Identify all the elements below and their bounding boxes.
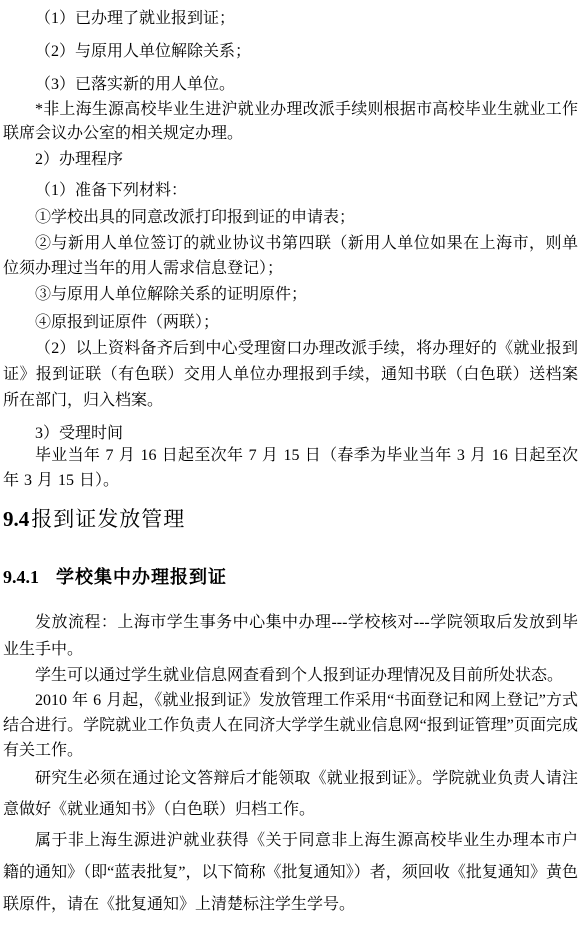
material-item-3: ③与原用人单位解除关系的证明原件；	[3, 281, 578, 309]
section-9-4-1-heading: 9.4.1学校集中办理报到证	[3, 564, 578, 590]
registration-method: 2010 年 6 月起，《就业报到证》发放管理工作采用“书面登记和网上登记”方式…	[3, 688, 578, 763]
section-title: 报到证发放管理	[31, 508, 185, 531]
status-check-info: 学生可以通过学生就业信息网查看到个人报到证办理情况及目前所处状态。	[3, 663, 578, 688]
non-shanghai-note: *非上海生源高校毕业生进沪就业办理改派手续则根据市高校毕业生就业工作联席会议办公…	[3, 98, 578, 146]
document-page: （1）已办理了就业报到证； （2）与原用人单位解除关系； （3）已落实新的用人单…	[0, 0, 581, 930]
subsection-title: 学校集中办理报到证	[56, 567, 227, 587]
material-item-4: ④原报到证原件（两联）；	[3, 309, 578, 336]
section-9-4-heading: 9.4报到证发放管理	[3, 505, 578, 534]
materials-heading: （1）准备下列材料：	[3, 177, 578, 204]
material-item-1: ①学校出具的同意改派打印报到证的申请表；	[3, 204, 578, 231]
blue-form-notice: 属于非上海生源进沪就业获得《关于同意非上海生源高校毕业生办理本市户籍的通知》（即…	[3, 825, 578, 921]
procedure-step-2: （2）以上资料备齐后到中心受理窗口办理改派手续，将办理好的《就业报到证》报到证联…	[3, 336, 578, 414]
material-item-2: ②与新用人单位签订的就业协议书第四联（新用人单位如果在上海市，则单位须办理过当年…	[3, 231, 578, 281]
acceptance-time-text: 毕业当年 7 月 16 日起至次年 7 月 15 日（春季为毕业当年 3 月 1…	[3, 443, 578, 493]
section-number: 9.4	[3, 507, 29, 531]
graduate-requirement: 研究生必须在通过论文答辩后才能领取《就业报到证》。学院就业负责人请注意做好《就业…	[3, 763, 578, 825]
distribution-process: 发放流程：上海市学生事务中心集中办理---学校核对---学院领取后发放到毕业生手…	[3, 609, 578, 663]
subsection-number: 9.4.1	[3, 567, 39, 587]
condition-item-2: （2）与原用人单位解除关系；	[3, 35, 578, 68]
condition-item-1: （1）已办理了就业报到证；	[3, 2, 578, 35]
condition-item-3: （3）已落实新的用人单位。	[3, 68, 578, 101]
procedure-heading: 2）办理程序	[3, 146, 578, 173]
